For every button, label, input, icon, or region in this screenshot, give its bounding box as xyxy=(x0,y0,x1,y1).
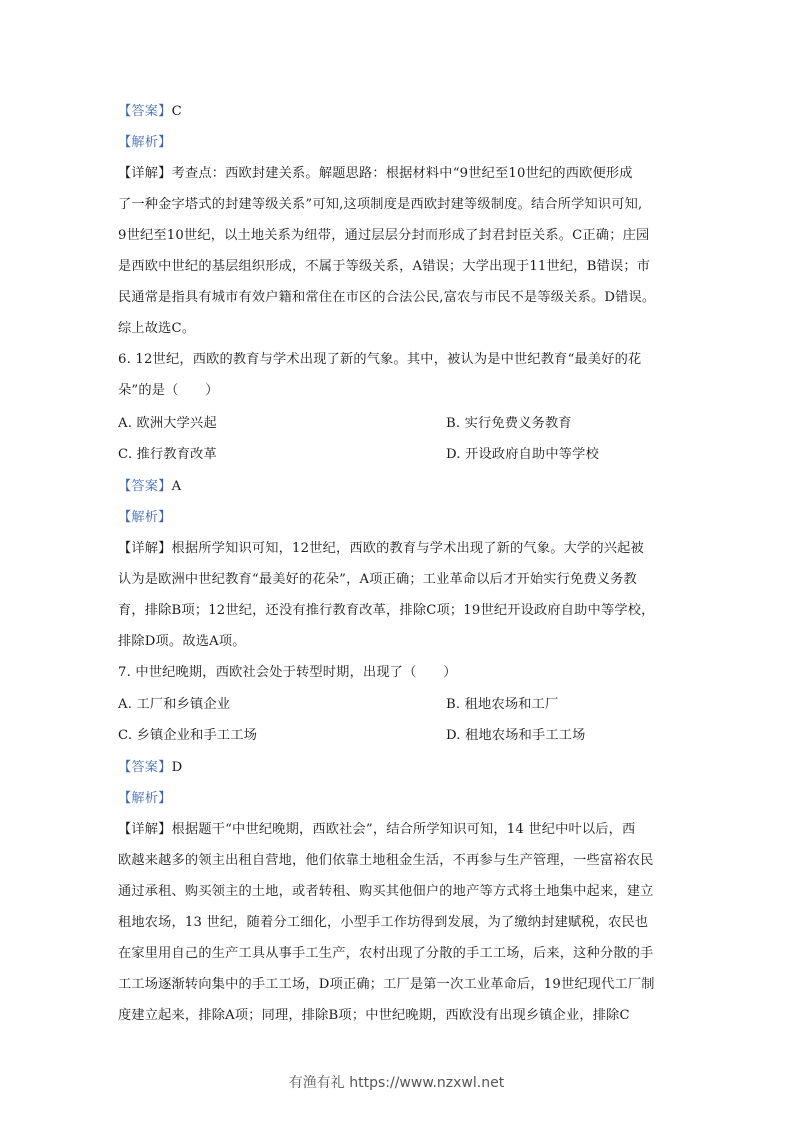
option-d: D. 租地农场和手工工场 xyxy=(446,728,586,744)
detail-line: 排除D项。故选A项。 xyxy=(118,634,246,650)
option-c: C. 推行教育改革 xyxy=(118,447,217,463)
detail-line: 工工场逐渐转向集中的手工工场，D项正确；工厂是第一次工业革命后，19世纪现代工厂… xyxy=(118,977,655,993)
answer-label: 【答案】 xyxy=(118,760,172,775)
option-c: C. 乡镇企业和手工工场 xyxy=(118,728,257,744)
detail-line: 【详解】考查点：西欧封建关系。解题思路：根据材料中“9世纪至10世纪的西欧便形成 xyxy=(118,166,633,182)
question-stem: 朵”的是（ ） xyxy=(118,383,219,399)
detail-line: 9世纪至10世纪，以土地关系为纽带，通过层层分封而形成了封君封臣关系。C正确；庄… xyxy=(118,228,649,244)
detail-line: 度建立起来，排除A项；同理，排除B项；中世纪晚期，西欧没有出现乡镇企业，排除C xyxy=(118,1008,630,1024)
question-stem: 6. 12世纪，西欧的教育与学术出现了新的气象。其中，被认为是中世纪教育“最美好… xyxy=(118,352,641,368)
analysis-label: 【解析】 xyxy=(118,510,172,526)
answer-label: 【答案】 xyxy=(118,104,172,119)
detail-line: 育，排除B项；12世纪，还没有推行教育改革，排除C项；19世纪开设政府自助中等学… xyxy=(118,603,655,619)
detail-line: 在家里用自己的生产工具从事手工生产，农村出现了分散的手工工场，后来，这种分散的手 xyxy=(118,946,654,962)
detail-label: 【详解】 xyxy=(118,822,172,837)
option-b: B. 实行免费义务教育 xyxy=(446,416,572,432)
analysis-label: 【解析】 xyxy=(118,135,172,151)
detail-line: 租地农场，13 世纪，随着分工细化，小型手工作坊得到发展，为了缴纳封建赋税，农民… xyxy=(118,915,648,931)
option-a: A. 工厂和乡镇企业 xyxy=(118,697,230,713)
detail-line: 【详解】根据题干“中世纪晚期，西欧社会”，结合所学知识可知，14 世纪中叶以后，… xyxy=(118,822,635,838)
answer-row-q6: 【答案】A xyxy=(118,479,181,495)
footer-watermark: 有渔有礼 https://www.nzxwl.net xyxy=(0,1072,793,1092)
answer-value: D xyxy=(172,760,183,775)
answer-value: C xyxy=(172,104,182,119)
option-a: A. 欧洲大学兴起 xyxy=(118,416,217,432)
detail-line: 民通常是指具有城市有效户籍和常住在市区的合法公民,富农与市民不是等级关系。D错误… xyxy=(118,290,655,306)
option-d: D. 开设政府自助中等学校 xyxy=(446,447,599,463)
detail-line: 【详解】根据所学知识可知，12世纪，西欧的教育与学术出现了新的气象。大学的兴起被 xyxy=(118,541,644,557)
detail-label: 【详解】 xyxy=(118,166,172,181)
detail-line: 是西欧中世纪的基层组织形成，不属于等级关系，A错误；大学出现于11世纪，B错误；… xyxy=(118,259,650,275)
option-b: B. 租地农场和工厂 xyxy=(446,697,558,713)
analysis-label: 【解析】 xyxy=(118,791,172,807)
detail-line: 认为是欧洲中世纪教育“最美好的花朵”，A项正确；工业革命以后才开始实行免费义务教 xyxy=(118,572,637,588)
answer-label: 【答案】 xyxy=(118,479,172,494)
detail-line: 欧越来越多的领主出租自营地，他们依靠土地租金生活，不再参与生产管理，一些富裕农民 xyxy=(118,853,654,869)
detail-line: 了一种金字塔式的封建等级关系”可知,这项制度是西欧封建等级制度。结合所学知识可知… xyxy=(118,197,642,213)
detail-line: 通过承租、购买领主的土地，或者转租、购买其他佃户的地产等方式将土地集中起来，建立 xyxy=(118,884,654,900)
detail-label: 【详解】 xyxy=(118,541,172,556)
detail-line: 综上故选C。 xyxy=(118,321,195,337)
answer-row-q7: 【答案】D xyxy=(118,760,182,776)
answer-row-q5: 【答案】C xyxy=(118,104,182,120)
document-page: 【答案】C 【解析】 【详解】考查点：西欧封建关系。解题思路：根据材料中“9世纪… xyxy=(0,0,793,1122)
answer-value: A xyxy=(172,479,182,494)
question-stem: 7. 中世纪晚期，西欧社会处于转型时期，出现了（ ） xyxy=(118,665,457,681)
